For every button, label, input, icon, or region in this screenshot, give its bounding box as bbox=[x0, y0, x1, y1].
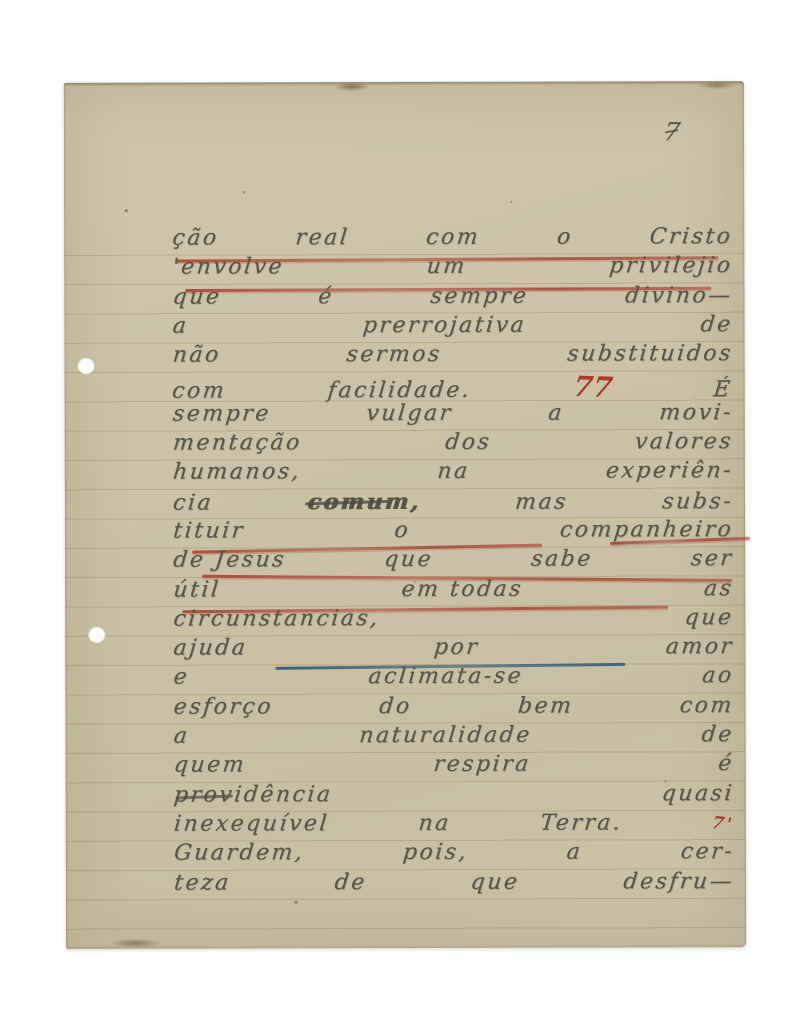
manuscript-line: útilem todasas bbox=[172, 576, 735, 607]
manuscript-line: 'envolveumprivilejio bbox=[171, 253, 734, 284]
handwritten-word: cer- bbox=[679, 839, 735, 864]
handwritten-word: ser bbox=[690, 546, 735, 571]
manuscript-line: aprerrojativade bbox=[171, 312, 734, 343]
handwritten-word: a bbox=[547, 400, 565, 425]
manuscript-line: providênciaquasi bbox=[172, 781, 735, 812]
handwritten-word: pois, bbox=[402, 840, 470, 865]
handwritten-word: sempre bbox=[429, 283, 529, 308]
handwritten-word: de bbox=[700, 722, 735, 747]
handwritten-word: mentação bbox=[172, 430, 303, 455]
handwritten-word: que bbox=[683, 605, 734, 630]
handwritten-word: amor bbox=[665, 634, 735, 659]
manuscript-line: mentaçãodosvalores bbox=[171, 429, 734, 460]
handwritten-word: a bbox=[171, 313, 189, 338]
handwritten-word: 'envolve bbox=[171, 255, 285, 280]
handwritten-word: desfru— bbox=[622, 869, 735, 894]
manuscript-line: esforçodobemcom bbox=[172, 693, 735, 724]
handwritten-word: companheiro bbox=[559, 517, 735, 542]
handwritten-word: quem bbox=[173, 753, 248, 778]
handwritten-word: Cristo bbox=[648, 224, 733, 249]
paper-stain bbox=[334, 82, 370, 91]
handwritten-word: subs- bbox=[661, 489, 734, 514]
handwritten-word: valores bbox=[634, 429, 735, 454]
handwritten-word: esforço bbox=[172, 694, 274, 719]
handwritten-word: um bbox=[425, 254, 468, 279]
handwritten-word: com bbox=[679, 693, 735, 718]
handwritten-word: privilejio bbox=[608, 253, 734, 278]
handwritten-word: com bbox=[171, 379, 227, 404]
handwritten-word: e bbox=[172, 665, 190, 690]
handwritten-word: que bbox=[469, 869, 520, 894]
handwritten-word: útil bbox=[172, 577, 222, 602]
manuscript-line: semprevulgaramovi- bbox=[171, 400, 734, 431]
handwritten-word: providência bbox=[173, 782, 334, 807]
handwritten-word: não bbox=[172, 343, 223, 368]
handwritten-word: de bbox=[333, 870, 368, 895]
scanned-manuscript-page: 7 çãorealcomoCristo'envolveumprivilejioq… bbox=[0, 0, 807, 1024]
handwritten-word: comum, bbox=[306, 489, 422, 515]
handwritten-word: sempre bbox=[172, 401, 272, 426]
handwritten-word: que bbox=[171, 284, 222, 309]
handwritten-word: real bbox=[294, 225, 350, 250]
handwritten-word: substituidos bbox=[566, 341, 734, 366]
handwritten-word: dos bbox=[444, 430, 493, 455]
manuscript-paper: 7 çãorealcomoCristo'envolveumprivilejioq… bbox=[64, 81, 746, 949]
handwritten-word: de Jesus bbox=[172, 548, 287, 573]
manuscript-line: eaclimata-seao bbox=[172, 664, 735, 695]
handwritten-word: vulgar bbox=[365, 401, 454, 426]
handwritten-word: de bbox=[699, 312, 734, 337]
editorial-marks bbox=[64, 81, 744, 83]
handwritten-word: respira bbox=[432, 752, 532, 777]
handwritten-word: tituir bbox=[172, 518, 246, 543]
handwritten-word: ao bbox=[701, 664, 735, 689]
handwritten-word: Guardem, bbox=[173, 840, 306, 865]
handwritten-word: na bbox=[436, 459, 471, 484]
handwritten-word: é bbox=[317, 284, 335, 309]
handwritten-word: ajuda bbox=[172, 636, 248, 661]
handwritten-word: movi- bbox=[658, 400, 734, 425]
manuscript-line: tituirocompanheiro bbox=[172, 517, 735, 548]
manuscript-line: tezadequedesfru— bbox=[172, 869, 735, 900]
handwritten-word: com bbox=[425, 225, 481, 250]
manuscript-line: queésempredivino— bbox=[171, 283, 734, 314]
handwritten-word: quasi bbox=[660, 781, 735, 806]
handwritten-word: inexequível bbox=[173, 811, 330, 836]
manuscript-line: ciacomum,massubs- bbox=[171, 488, 734, 519]
handwritten-word: a bbox=[565, 840, 583, 865]
handwritten-word: a bbox=[173, 724, 191, 749]
handwritten-word: cia bbox=[172, 490, 215, 515]
handwritten-word: na bbox=[417, 811, 452, 836]
manuscript-line: inexequívelnaTerra.7' bbox=[172, 810, 735, 841]
handwritten-word: Terra. bbox=[539, 810, 624, 835]
manuscript-line: circunstancias,que bbox=[172, 605, 735, 636]
handwritten-word: bem bbox=[517, 693, 575, 718]
handwritten-text: çãorealcomoCristo'envolveumprivilejioque… bbox=[172, 224, 734, 899]
manuscript-line: de Jesusquesabeser bbox=[172, 546, 735, 577]
handwritten-word: facilidade. bbox=[326, 378, 472, 403]
handwritten-word: experiên- bbox=[605, 459, 735, 484]
handwritten-word: teza bbox=[173, 870, 232, 895]
paper-stain bbox=[110, 939, 160, 948]
handwritten-word: aclimata-se bbox=[367, 664, 524, 689]
manuscript-line: ajudaporamor bbox=[172, 634, 735, 665]
handwritten-word: em todas bbox=[400, 576, 524, 601]
punch-hole bbox=[78, 357, 95, 374]
manuscript-line: quemrespiraé bbox=[172, 751, 735, 782]
manuscript-line: comfacilidade.77É bbox=[171, 371, 734, 402]
handwritten-word: que bbox=[383, 547, 434, 572]
page-number: 7 bbox=[662, 117, 682, 146]
handwritten-word: sermos bbox=[345, 342, 443, 367]
handwritten-word: é bbox=[717, 751, 735, 776]
manuscript-line: nãosermossubstituidos bbox=[171, 341, 734, 372]
manuscript-line: anaturalidadede bbox=[172, 722, 735, 753]
paper-stain bbox=[698, 81, 736, 89]
handwritten-word: naturalidade bbox=[358, 723, 533, 748]
handwritten-word: É bbox=[712, 378, 733, 403]
handwritten-word: mas bbox=[514, 489, 569, 514]
manuscript-line: çãorealcomoCristo bbox=[171, 224, 734, 255]
manuscript-line: humanos,naexperiên- bbox=[171, 459, 734, 490]
handwritten-word: as bbox=[703, 576, 735, 601]
handwritten-word: prerrojativa bbox=[362, 313, 528, 338]
handwritten-word: ção bbox=[171, 225, 220, 250]
handwritten-word: o bbox=[393, 518, 411, 543]
manuscript-line: Guardem,pois,acer- bbox=[172, 839, 735, 870]
handwritten-word: humanos, bbox=[172, 460, 303, 485]
handwritten-word: por bbox=[433, 635, 481, 660]
handwritten-word: 7' bbox=[710, 813, 736, 835]
handwritten-word: sabe bbox=[530, 547, 594, 572]
handwritten-word: circunstancias, bbox=[172, 606, 381, 632]
handwritten-word: divino— bbox=[624, 283, 734, 308]
handwritten-word: o bbox=[556, 225, 574, 250]
punch-hole bbox=[88, 626, 105, 643]
handwritten-word: do bbox=[378, 694, 413, 719]
